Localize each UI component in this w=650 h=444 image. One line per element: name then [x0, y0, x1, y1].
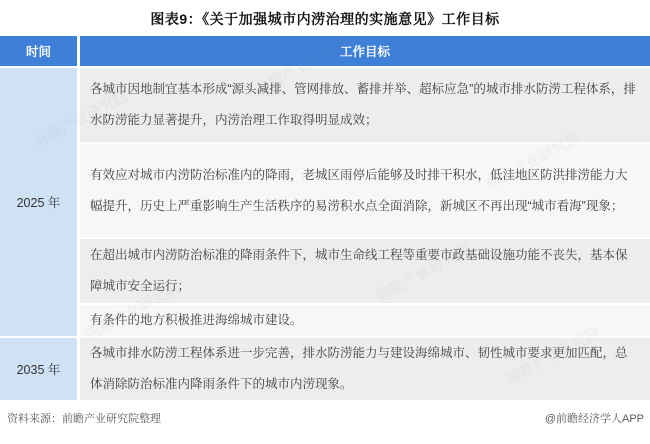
table-row: 在超出城市内涝防治标准的降雨条件下，城市生命线工程等重要市政基础设施功能不丧失，…	[0, 238, 650, 304]
table-row: 有条件的地方积极推进海绵城市建设。	[0, 304, 650, 337]
table-row: 有效应对城市内涝防治标准内的降雨，老城区雨停后能够及时排干积水，低洼地区防洪排涝…	[0, 143, 650, 238]
goal-cell-3: 在超出城市内涝防治标准的降雨条件下，城市生命线工程等重要市政基础设施功能不丧失，…	[79, 238, 650, 304]
table-row: 2035 年 各城市排水防涝工程体系进一步完善，排水防涝能力与建设海绵城市、韧性…	[0, 337, 650, 401]
figure-footer: 资料来源：前瞻产业研究院整理 @前瞻经济学人APP	[0, 410, 650, 426]
report-figure: 图表9：《关于加强城市内涝治理的实施意见》工作目标 时间 工作目标 2025 年…	[0, 0, 650, 29]
time-cell-2035: 2035 年	[0, 337, 79, 401]
figure-title: 图表9：《关于加强城市内涝治理的实施意见》工作目标	[0, 0, 650, 29]
goal-cell-5: 各城市排水防涝工程体系进一步完善，排水防涝能力与建设海绵城市、韧性城市要求更加匹…	[79, 337, 650, 401]
goal-cell-2: 有效应对城市内涝防治标准内的降雨，老城区雨停后能够及时排干积水，低洼地区防洪排涝…	[79, 143, 650, 238]
column-header-time: 时间	[0, 36, 79, 67]
source-note: 资料来源：前瞻产业研究院整理	[7, 410, 161, 426]
goal-cell-1: 各城市因地制宜基本形成“源头减排、管网排放、蓄排并举、超标应急”的城市排水防涝工…	[79, 67, 650, 143]
goal-cell-4: 有条件的地方积极推进海绵城市建设。	[79, 304, 650, 337]
brand-note: @前瞻经济学人APP	[545, 410, 644, 426]
table-header-row: 时间 工作目标	[0, 36, 650, 67]
time-cell-2025: 2025 年	[0, 67, 79, 337]
column-header-goal: 工作目标	[79, 36, 650, 67]
table-row: 2025 年 各城市因地制宜基本形成“源头减排、管网排放、蓄排并举、超标应急”的…	[0, 67, 650, 143]
goals-table: 时间 工作目标 2025 年 各城市因地制宜基本形成“源头减排、管网排放、蓄排并…	[0, 36, 650, 402]
